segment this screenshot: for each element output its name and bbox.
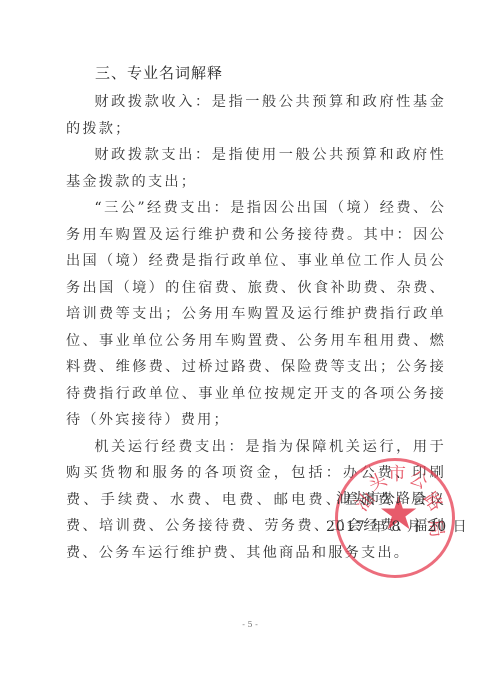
page-number: - 5 - bbox=[0, 620, 500, 629]
paragraph-three-public-expenses: “三公”经费支出：是指因公出国（境）经费、公务用车购置及运行维护费和公务接待费。… bbox=[66, 195, 446, 434]
issue-date: 2017 年 8 月 20 日 bbox=[326, 516, 468, 536]
paragraph-fiscal-revenue: 财政拨款收入：是指一般公共预算和政府性基金的拨款； bbox=[66, 89, 446, 142]
paragraph-fiscal-expenditure: 财政拨款支出：是指使用一般公共预算和政府性基金拨款的支出； bbox=[66, 142, 446, 195]
section-heading: 三、专业名词解释 bbox=[95, 62, 223, 83]
seal-char: 市 bbox=[388, 460, 406, 486]
document-page: 三、专业名词解释 财政拨款收入：是指一般公共预算和政府性基金的拨款； 财政拨款支… bbox=[0, 0, 500, 683]
issuer-signature: 汕头市公路局 bbox=[336, 488, 426, 508]
